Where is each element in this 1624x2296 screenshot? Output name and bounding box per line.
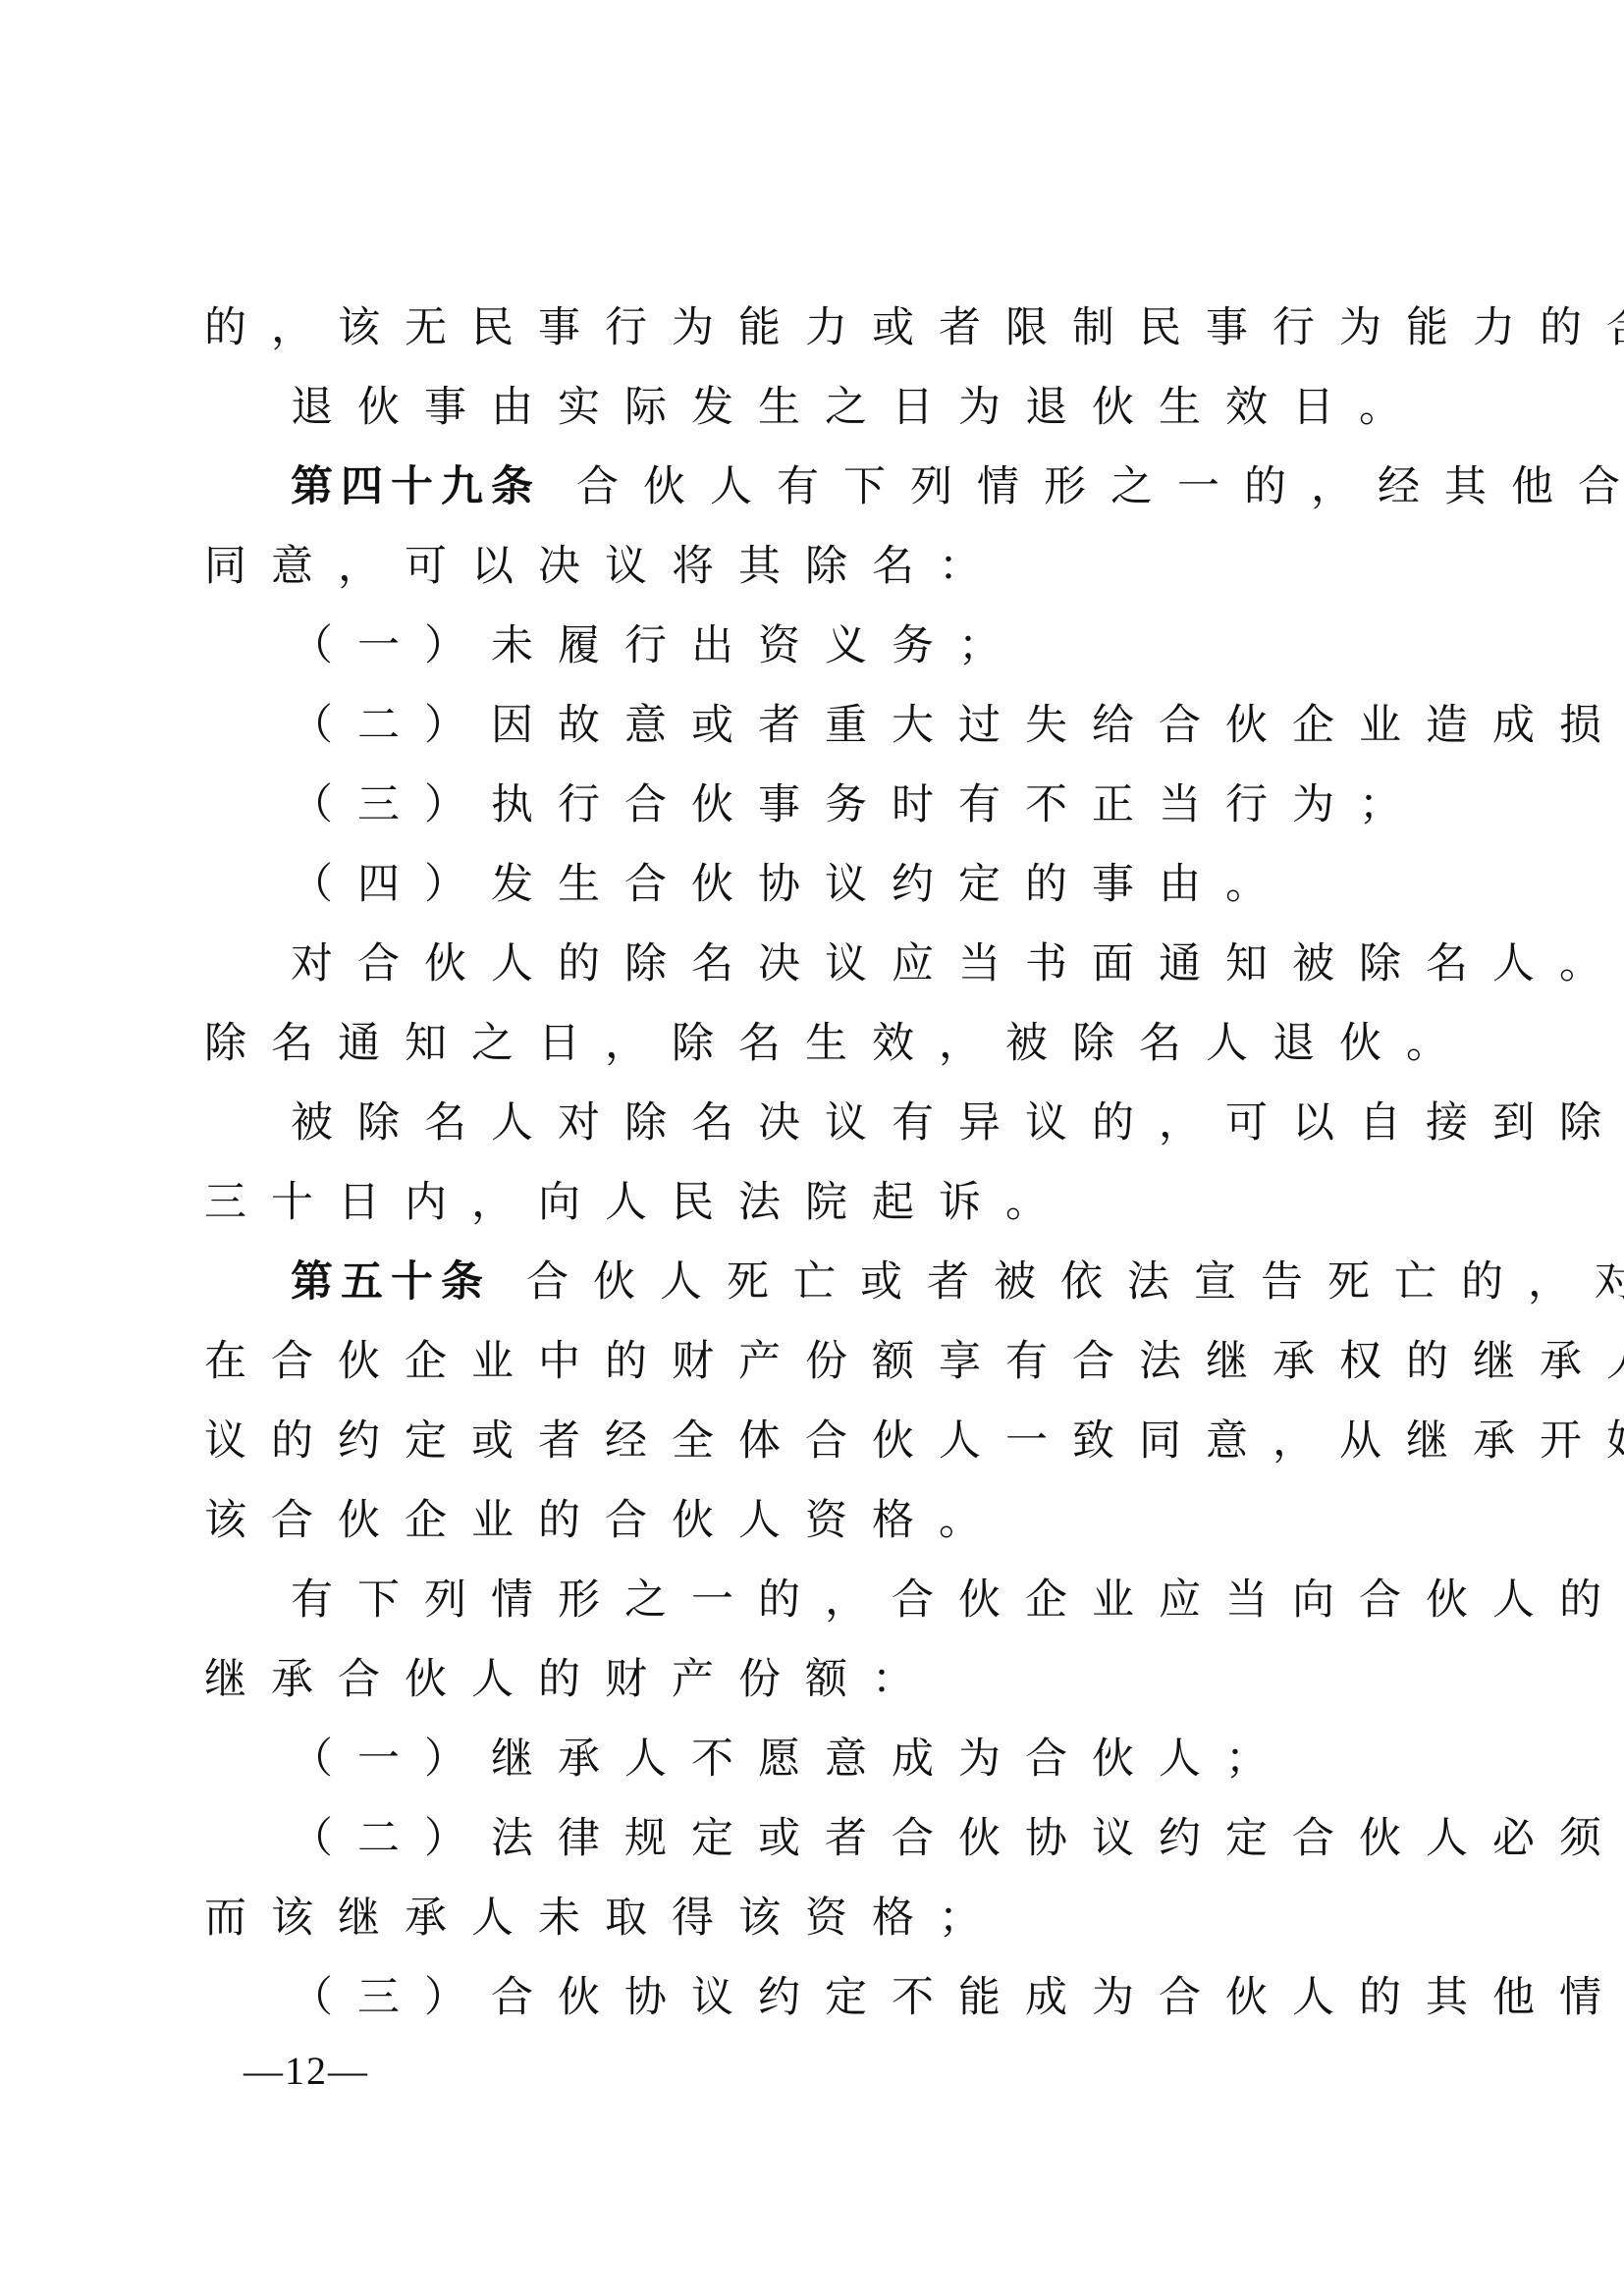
text-line: 的，该无民事行为能力或者限制民事行为能力的合伙人退伙。 [204,289,1422,368]
list-item: （二）法律规定或者合伙协议约定合伙人必须具有相关资格， [204,1799,1422,1879]
page-number: —12— [244,2048,369,2094]
list-item: （三）合伙协议约定不能成为合伙人的其他情形。 [204,1958,1422,2038]
text-line: 该合伙企业的合伙人资格。 [204,1481,1422,1561]
text-line: 议的约定或者经全体合伙人一致同意，从继承开始之日起，取得 [204,1402,1422,1481]
list-item: （二）因故意或者重大过失给合伙企业造成损失； [204,686,1422,766]
text-line: 三十日内，向人民法院起诉。 [204,1163,1422,1243]
article-49-line: 第四十九条合伙人有下列情形之一的，经其他合伙人一致 [204,448,1422,527]
text-line: 而该继承人未取得该资格； [204,1879,1422,1958]
document-body: 的，该无民事行为能力或者限制民事行为能力的合伙人退伙。 退伙事由实际发生之日为退… [204,289,1422,2038]
text-line: 除名通知之日，除名生效，被除名人退伙。 [204,1004,1422,1084]
text-line: 对合伙人的除名决议应当书面通知被除名人。被除名人接到 [204,925,1422,1004]
list-item: （四）发生合伙协议约定的事由。 [204,845,1422,925]
text-line: 退伙事由实际发生之日为退伙生效日。 [204,368,1422,448]
list-item: （一）未履行出资义务； [204,607,1422,686]
text-line: 在合伙企业中的财产份额享有合法继承权的继承人，按照合伙协 [204,1322,1422,1402]
list-item: （三）执行合伙事务时有不正当行为； [204,766,1422,845]
article-heading: 第五十条 [291,1257,491,1307]
article-heading: 第四十九条 [291,462,541,511]
article-50-line: 第五十条合伙人死亡或者被依法宣告死亡的，对该合伙人 [204,1243,1422,1322]
list-item: （一）继承人不愿意成为合伙人； [204,1720,1422,1799]
text-line: 被除名人对除名决议有异议的，可以自接到除名通知之日起 [204,1084,1422,1163]
text-line: 有下列情形之一的，合伙企业应当向合伙人的继承人退还被 [204,1561,1422,1640]
text-line: 同意，可以决议将其除名： [204,527,1422,607]
text-line: 继承合伙人的财产份额： [204,1640,1422,1720]
